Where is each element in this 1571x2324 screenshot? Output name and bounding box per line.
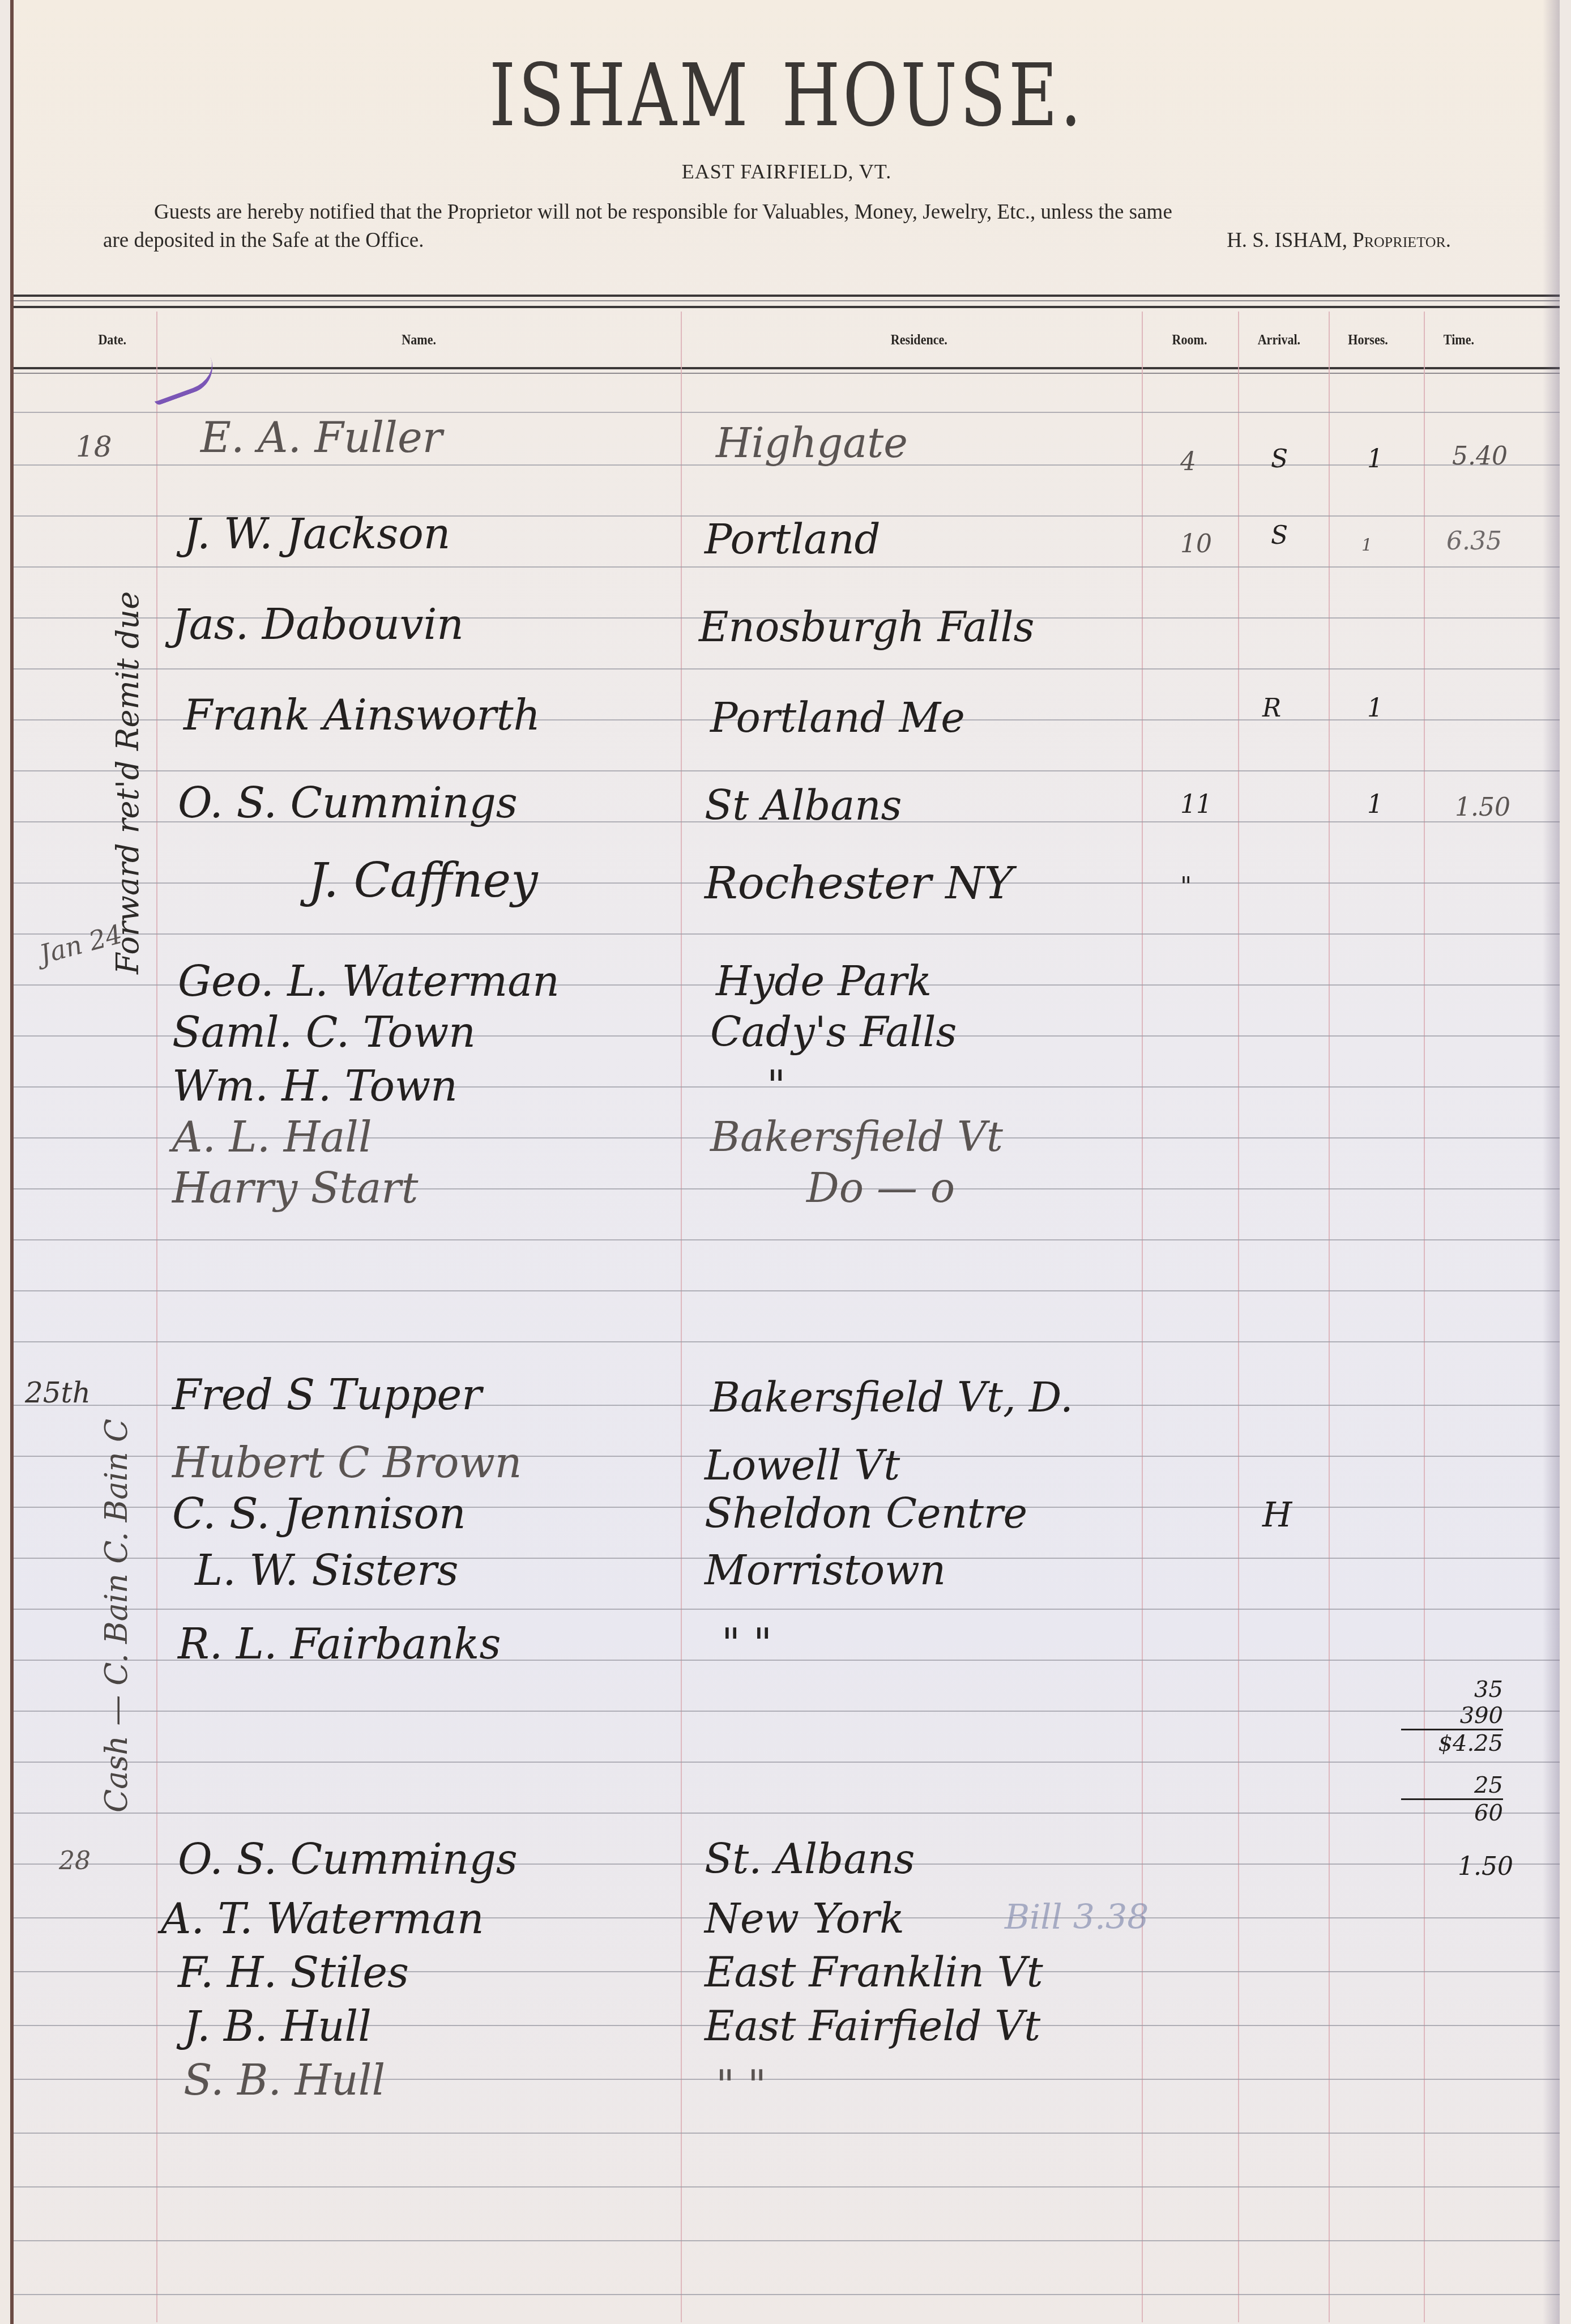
entry-residence: Do — o [806,1164,955,1212]
entry-name: Geo. L. Waterman [178,957,560,1006]
calc-line-3: 25 [1401,1772,1503,1800]
header-rule-top-3 [14,306,1560,308]
guest-notice: Guests are hereby notified that the Prop… [143,198,1542,255]
row-rule [14,2240,1560,2241]
date-column-divider [156,312,157,2322]
entry-arrival: S [1271,445,1288,474]
arrival-column-divider [1329,312,1330,2322]
entry-residence: Cady's Falls [710,1008,957,1056]
entry-residence: Sheldon Centre [705,1490,1027,1537]
entry-residence: Enosburgh Falls [699,603,1034,651]
horses-column-divider [1424,312,1425,2322]
calc-line-2: 390 [1401,1703,1503,1730]
calc-result: 60 [1401,1800,1503,1826]
entry-name: Wm. H. Town [172,1062,458,1111]
column-header-date: Date. [98,331,126,348]
entry-name: S. B. Hull [183,2056,385,2105]
entry-room: 10 [1180,530,1212,558]
entry-room: " [1180,872,1192,901]
hotel-location: EAST FAIRFIELD, VT. [14,160,1560,184]
entry-name: J. W. Jackson [183,510,450,558]
entry-date: 25th [25,1376,91,1409]
row-rule [14,770,1560,771]
row-rule [14,933,1560,935]
entry-time: 6.35 [1446,527,1502,556]
entry-arrival: S [1271,521,1288,550]
entry-horses: 1 [1361,535,1372,555]
register-page: ISHAMHOUSE. EAST FAIRFIELD, VT. Guests a… [10,0,1560,2324]
entry-time: 5.40 [1452,442,1508,471]
title-word-isham: ISHAM [489,45,751,146]
margin-note-vertical-top: Forward ret'd Remit due [110,591,146,974]
column-header-arrival: Arrival. [1258,331,1300,348]
row-rule [14,412,1560,413]
purple-ink-mark [147,357,220,406]
faint-bleed-through-text: Bill 3.38 [1005,1897,1149,1937]
entry-name: R. L. Fairbanks [178,1620,501,1669]
time-column-calculation: 35 390 $4.25 25 60 [1401,1677,1503,1826]
entry-residence: Lowell Vt [705,1442,900,1489]
entry-residence: Bakersfield Vt [710,1113,1003,1161]
row-rule [14,1609,1560,1610]
entry-residence: Morristown [705,1546,946,1594]
column-header-residence: Residence. [891,331,947,348]
entry-name: J. B. Hull [183,2002,372,2051]
entry-time: 1.50 [1455,793,1510,822]
entry-residence: " " [722,1620,772,1668]
entry-residence: Portland Me [710,694,965,741]
entry-residence: Hyde Park [716,957,932,1005]
header-rule-top-2 [14,300,1560,301]
entry-residence: St Albans [705,782,902,829]
entry-name: E. A. Fuller [200,413,442,462]
room-column-divider [1238,312,1239,2322]
entry-name: Fred S Tupper [172,1371,482,1419]
entry-residence: " [767,1062,785,1110]
row-rule [14,2294,1560,2295]
column-header-time: Time. [1444,331,1474,348]
entry-residence: Portland [705,515,881,563]
entry-name: F. H. Stiles [178,1948,409,1997]
proprietor-signature: H. S. ISHAM, Proprietor. [1227,227,1451,255]
row-rule [14,1762,1560,1763]
row-rule [14,1290,1560,1291]
entry-residence: East Franklin Vt [705,1948,1043,1996]
entry-name: O. S. Cummings [178,779,518,828]
entry-horses: 1 [1367,445,1383,474]
row-rule [14,1341,1560,1342]
row-rule [14,668,1560,670]
entry-name: A. L. Hall [172,1113,372,1162]
entry-room: 4 [1180,447,1196,476]
entry-name: Hubert C Brown [172,1439,522,1487]
entry-time: 1.50 [1458,1852,1513,1881]
entry-date: 28 [59,1847,91,1875]
notice-line-2: are deposited in the Safe at the Office. [103,227,424,255]
entry-residence: " " [716,2062,766,2109]
entry-name: Saml. C. Town [172,1008,476,1057]
entry-name: A. T. Waterman [161,1895,484,1943]
header-rule-top [14,295,1560,297]
entry-residence: Rochester NY [705,858,1013,909]
column-header-room: Room. [1172,331,1207,348]
entry-name: Frank Ainsworth [183,691,540,740]
column-header-horses: Horses. [1348,331,1388,348]
entry-horses: 1 [1367,694,1383,723]
title-word-house: HOUSE. [782,45,1084,146]
row-rule [14,1813,1560,1814]
entry-name: C. S. Jennison [172,1490,466,1538]
notice-line-1: Guests are hereby notified that the Prop… [143,198,1542,227]
calc-line-1: 35 [1401,1677,1503,1703]
entry-name: Harry Start [172,1164,418,1213]
name-column-divider [681,312,682,2322]
entry-name: J. Caffney [308,852,538,908]
row-rule [14,2186,1560,2187]
entry-residence: Highgate [716,419,908,467]
entry-horses: 1 [1367,790,1383,819]
entry-room: 11 [1180,790,1212,819]
entry-name: Jas. Dabouvin [172,600,464,649]
row-rule [14,1711,1560,1712]
entry-arrival: H [1262,1495,1292,1535]
entry-name: O. S. Cummings [178,1835,518,1884]
margin-note-vertical-bottom: Cash — C. Bain C. Bain C [99,1419,134,1813]
entry-residence: East Fairfield Vt [705,2002,1040,2050]
residence-column-divider [1142,312,1143,2322]
entry-residence: Bakersfield Vt, D. [710,1374,1073,1421]
entry-arrival: R [1262,694,1281,723]
entry-date: 18 [76,430,112,463]
column-header-name: Name. [402,331,436,348]
calc-total: $4.25 [1401,1730,1503,1756]
entry-residence: New York [705,1895,904,1942]
hotel-title: ISHAMHOUSE. [183,45,1389,146]
row-rule [14,2133,1560,2134]
header-rule-bottom [14,367,1560,369]
entry-name: L. W. Sisters [195,1546,459,1595]
entry-residence: St. Albans [705,1835,915,1883]
notice-line-2-row: are deposited in the Safe at the Office.… [103,227,1496,255]
row-rule [14,566,1560,568]
row-rule [14,1239,1560,1240]
header-rule-bottom-2 [14,373,1560,374]
